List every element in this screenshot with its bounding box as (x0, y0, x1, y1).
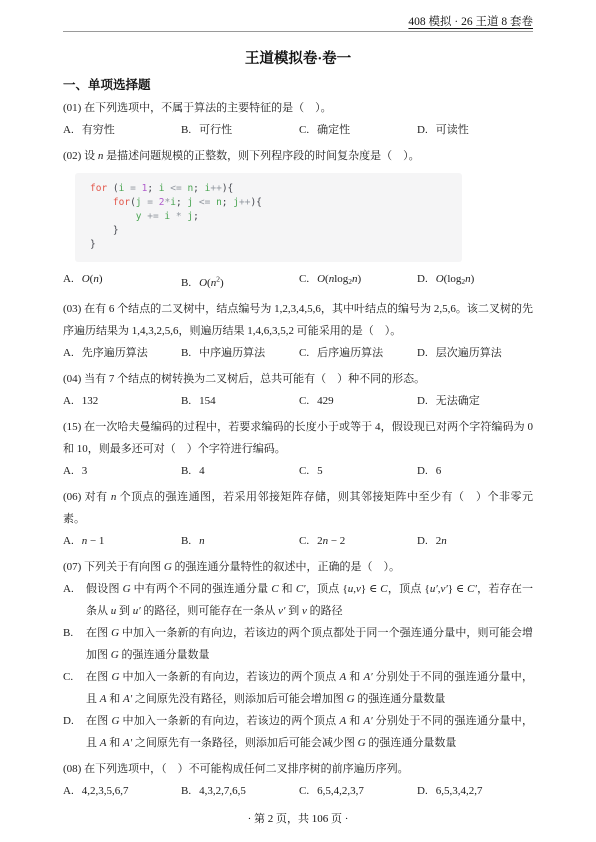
option-label: C. (299, 347, 309, 359)
question-03-option-b: B.中序遍历算法 (181, 342, 299, 364)
exam-page: 408 模拟 · 26 王道 8 套卷 王道模拟卷·卷一 一、单项选择题 (01… (0, 0, 596, 842)
question-01: (01) 在下列选项中，不属于算法的主要特征的是（ ）。 A.有穷性 B.可行性… (63, 97, 533, 141)
option-text: 假设图 G 中有两个不同的强连通分量 C 和 C′，顶点 {u,v} ∈ C，顶… (86, 578, 533, 622)
question-07-option-d: D.在图 G 中加入一条新的有向边，若该边的两个顶点 A 和 A′ 分别处于不同… (63, 710, 533, 754)
question-15-options: A.3 B.4 C.5 D.6 (63, 460, 533, 482)
option-text: 在图 G 中加入一条新的有向边，若该边的两个顶点 A 和 A′ 分别处于不同的强… (86, 710, 533, 754)
question-08-option-b: B.4,3,2,7,6,5 (181, 780, 299, 802)
option-text: O(n) (82, 273, 103, 285)
section-heading: 一、单项选择题 (63, 75, 533, 93)
option-text: O(n2) (199, 277, 224, 289)
option-text: 6 (436, 465, 442, 477)
code-line: for(j = 2*i; j <= n; j++){ (90, 196, 462, 210)
option-text: 有穷性 (82, 124, 115, 136)
question-01-option-c: C.确定性 (299, 119, 417, 141)
question-08-stem: (08) 在下列选项中，（ ）不可能构成任何二叉排序树的前序遍历序列。 (63, 758, 533, 780)
page-footer: · 第 2 页，共 106 页 · (0, 810, 596, 826)
question-08-option-d: D.6,5,3,4,2,7 (417, 780, 533, 802)
question-04-option-a: A.132 (63, 390, 181, 412)
option-text: 确定性 (317, 124, 350, 136)
option-label: A. (63, 578, 86, 622)
question-02-option-a: A.O(n) (63, 268, 181, 294)
option-text: 4 (199, 465, 205, 477)
question-01-option-d: D.可读性 (417, 119, 533, 141)
question-03-option-d: D.层次遍历算法 (417, 342, 533, 364)
question-04-option-c: C.429 (299, 390, 417, 412)
question-list: (01) 在下列选项中，不属于算法的主要特征的是（ ）。 A.有穷性 B.可行性… (63, 97, 533, 802)
option-label: B. (181, 785, 191, 797)
option-label: B. (181, 535, 191, 547)
option-label: A. (63, 785, 74, 797)
option-label: C. (299, 465, 309, 477)
question-07-option-b: B.在图 G 中加入一条新的有向边，若该边的两个顶点都处于同一个强连通分量中，则… (63, 622, 533, 666)
question-03-options: A.先序遍历算法 B.中序遍历算法 C.后序遍历算法 D.层次遍历算法 (63, 342, 533, 364)
option-label: D. (417, 273, 428, 285)
question-07-option-c: C.在图 G 中加入一条新的有向边，若该边的两个顶点 A 和 A′ 分别处于不同… (63, 666, 533, 710)
option-text: O(log2n) (436, 273, 475, 285)
option-text: n − 1 (82, 535, 105, 547)
question-04-option-b: B.154 (181, 390, 299, 412)
option-text: 2n − 2 (317, 535, 345, 547)
option-label: C. (299, 273, 309, 285)
option-label: C. (299, 124, 309, 136)
option-label: A. (63, 124, 74, 136)
question-07: (07) 下列关于有向图 G 的强连通分量特性的叙述中，正确的是（ ）。 A.假… (63, 556, 533, 754)
option-label: B. (181, 277, 191, 289)
option-text: n (199, 535, 205, 547)
question-06-option-b: B.n (181, 530, 299, 552)
option-label: A. (63, 273, 74, 285)
question-08-options: A.4,2,3,5,6,7 B.4,3,2,7,6,5 C.6,5,4,2,3,… (63, 780, 533, 802)
option-text: 3 (82, 465, 88, 477)
option-text: 先序遍历算法 (82, 347, 148, 359)
question-04-options: A.132 B.154 C.429 D.无法确定 (63, 390, 533, 412)
question-04: (04) 当有 7 个结点的树转换为二叉树后，总共可能有（ ）种不同的形态。 A… (63, 368, 533, 412)
option-label: B. (181, 124, 191, 136)
option-text: 在图 G 中加入一条新的有向边，若该边的两个顶点都处于同一个强连通分量中，则可能… (86, 622, 533, 666)
option-label: B. (181, 395, 191, 407)
option-label: B. (181, 347, 191, 359)
question-15-option-c: C.5 (299, 460, 417, 482)
question-01-option-a: A.有穷性 (63, 119, 181, 141)
question-15-option-b: B.4 (181, 460, 299, 482)
option-text: 6,5,4,2,3,7 (317, 785, 364, 797)
option-label: D. (417, 395, 428, 407)
option-label: D. (417, 535, 428, 547)
question-01-options: A.有穷性 B.可行性 C.确定性 D.可读性 (63, 119, 533, 141)
option-text: 2n (436, 535, 447, 547)
question-06-stem: (06) 对有 n 个顶点的强连通图，若采用邻接矩阵存储，则其邻接矩阵中至少有（… (63, 486, 533, 530)
option-label: D. (417, 124, 428, 136)
question-03: (03) 在有 6 个结点的二叉树中，结点编号为 1,2,3,4,5,6，其中叶… (63, 298, 533, 364)
question-02-stem: (02) 设 n 是描述问题规模的正整数，则下列程序段的时间复杂度是（ ）。 (63, 145, 533, 167)
option-text: 6,5,3,4,2,7 (436, 785, 483, 797)
option-text: 层次遍历算法 (436, 347, 502, 359)
option-label: D. (417, 347, 428, 359)
code-line: y += i * j; (90, 210, 462, 224)
option-label: C. (63, 666, 86, 710)
option-label: D. (63, 710, 86, 754)
question-01-option-b: B.可行性 (181, 119, 299, 141)
header-booklet-title: 408 模拟 · 26 王道 8 套卷 (408, 16, 533, 28)
question-04-stem: (04) 当有 7 个结点的树转换为二叉树后，总共可能有（ ）种不同的形态。 (63, 368, 533, 390)
option-label: A. (63, 347, 74, 359)
question-06-option-a: A.n − 1 (63, 530, 181, 552)
question-15-stem: (15) 在一次哈夫曼编码的过程中，若要求编码的长度小于或等于 4，假设现已对两… (63, 416, 533, 460)
option-text: 4,3,2,7,6,5 (199, 785, 246, 797)
question-01-stem: (01) 在下列选项中，不属于算法的主要特征的是（ ）。 (63, 97, 533, 119)
option-text: 4,2,3,5,6,7 (82, 785, 129, 797)
code-line: for (i = 1; i <= n; i++){ (90, 182, 462, 196)
question-02: (02) 设 n 是描述问题规模的正整数，则下列程序段的时间复杂度是（ ）。 f… (63, 145, 533, 294)
question-08-option-c: C.6,5,4,2,3,7 (299, 780, 417, 802)
question-02-options: A.O(n) B.O(n2) C.O(nlog2n) D.O(log2n) (63, 268, 533, 294)
option-label: A. (63, 535, 74, 547)
question-04-option-d: D.无法确定 (417, 390, 533, 412)
option-text: 429 (317, 395, 334, 407)
option-text: 后序遍历算法 (317, 347, 383, 359)
question-06-options: A.n − 1 B.n C.2n − 2 D.2n (63, 530, 533, 552)
question-08: (08) 在下列选项中，（ ）不可能构成任何二叉排序树的前序遍历序列。 A.4,… (63, 758, 533, 802)
option-text: 中序遍历算法 (199, 347, 265, 359)
question-02-option-c: C.O(nlog2n) (299, 268, 417, 294)
option-label: C. (299, 395, 309, 407)
option-text: 可行性 (199, 124, 232, 136)
question-02-option-b: B.O(n2) (181, 268, 299, 294)
page-header: 408 模拟 · 26 王道 8 套卷 (63, 13, 533, 32)
code-line: } (90, 224, 462, 238)
option-text: 5 (317, 465, 323, 477)
option-text: 在图 G 中加入一条新的有向边，若该边的两个顶点 A 和 A′ 分别处于不同的强… (86, 666, 533, 710)
option-text: 132 (82, 395, 99, 407)
question-15: (15) 在一次哈夫曼编码的过程中，若要求编码的长度小于或等于 4，假设现已对两… (63, 416, 533, 482)
option-label: A. (63, 395, 74, 407)
question-03-stem: (03) 在有 6 个结点的二叉树中，结点编号为 1,2,3,4,5,6，其中叶… (63, 298, 533, 342)
code-line: } (90, 238, 462, 252)
question-15-option-d: D.6 (417, 460, 533, 482)
option-text: O(nlog2n) (317, 273, 361, 285)
option-label: D. (417, 785, 428, 797)
option-label: C. (299, 535, 309, 547)
question-15-option-a: A.3 (63, 460, 181, 482)
question-08-option-a: A.4,2,3,5,6,7 (63, 780, 181, 802)
option-label: B. (181, 465, 191, 477)
question-06-option-d: D.2n (417, 530, 533, 552)
option-label: D. (417, 465, 428, 477)
question-02-option-d: D.O(log2n) (417, 268, 533, 294)
question-03-option-c: C.后序遍历算法 (299, 342, 417, 364)
option-label: C. (299, 785, 309, 797)
question-07-option-a: A.假设图 G 中有两个不同的强连通分量 C 和 C′，顶点 {u,v} ∈ C… (63, 578, 533, 622)
option-label: A. (63, 465, 74, 477)
option-text: 154 (199, 395, 216, 407)
question-06: (06) 对有 n 个顶点的强连通图，若采用邻接矩阵存储，则其邻接矩阵中至少有（… (63, 486, 533, 552)
question-07-stem: (07) 下列关于有向图 G 的强连通分量特性的叙述中，正确的是（ ）。 (63, 556, 533, 578)
option-label: B. (63, 622, 86, 666)
option-text: 可读性 (436, 124, 469, 136)
page-title: 王道模拟卷·卷一 (0, 47, 596, 68)
code-block: for (i = 1; i <= n; i++){ for(j = 2*i; j… (75, 173, 462, 262)
question-03-option-a: A.先序遍历算法 (63, 342, 181, 364)
option-text: 无法确定 (436, 395, 480, 407)
question-06-option-c: C.2n − 2 (299, 530, 417, 552)
